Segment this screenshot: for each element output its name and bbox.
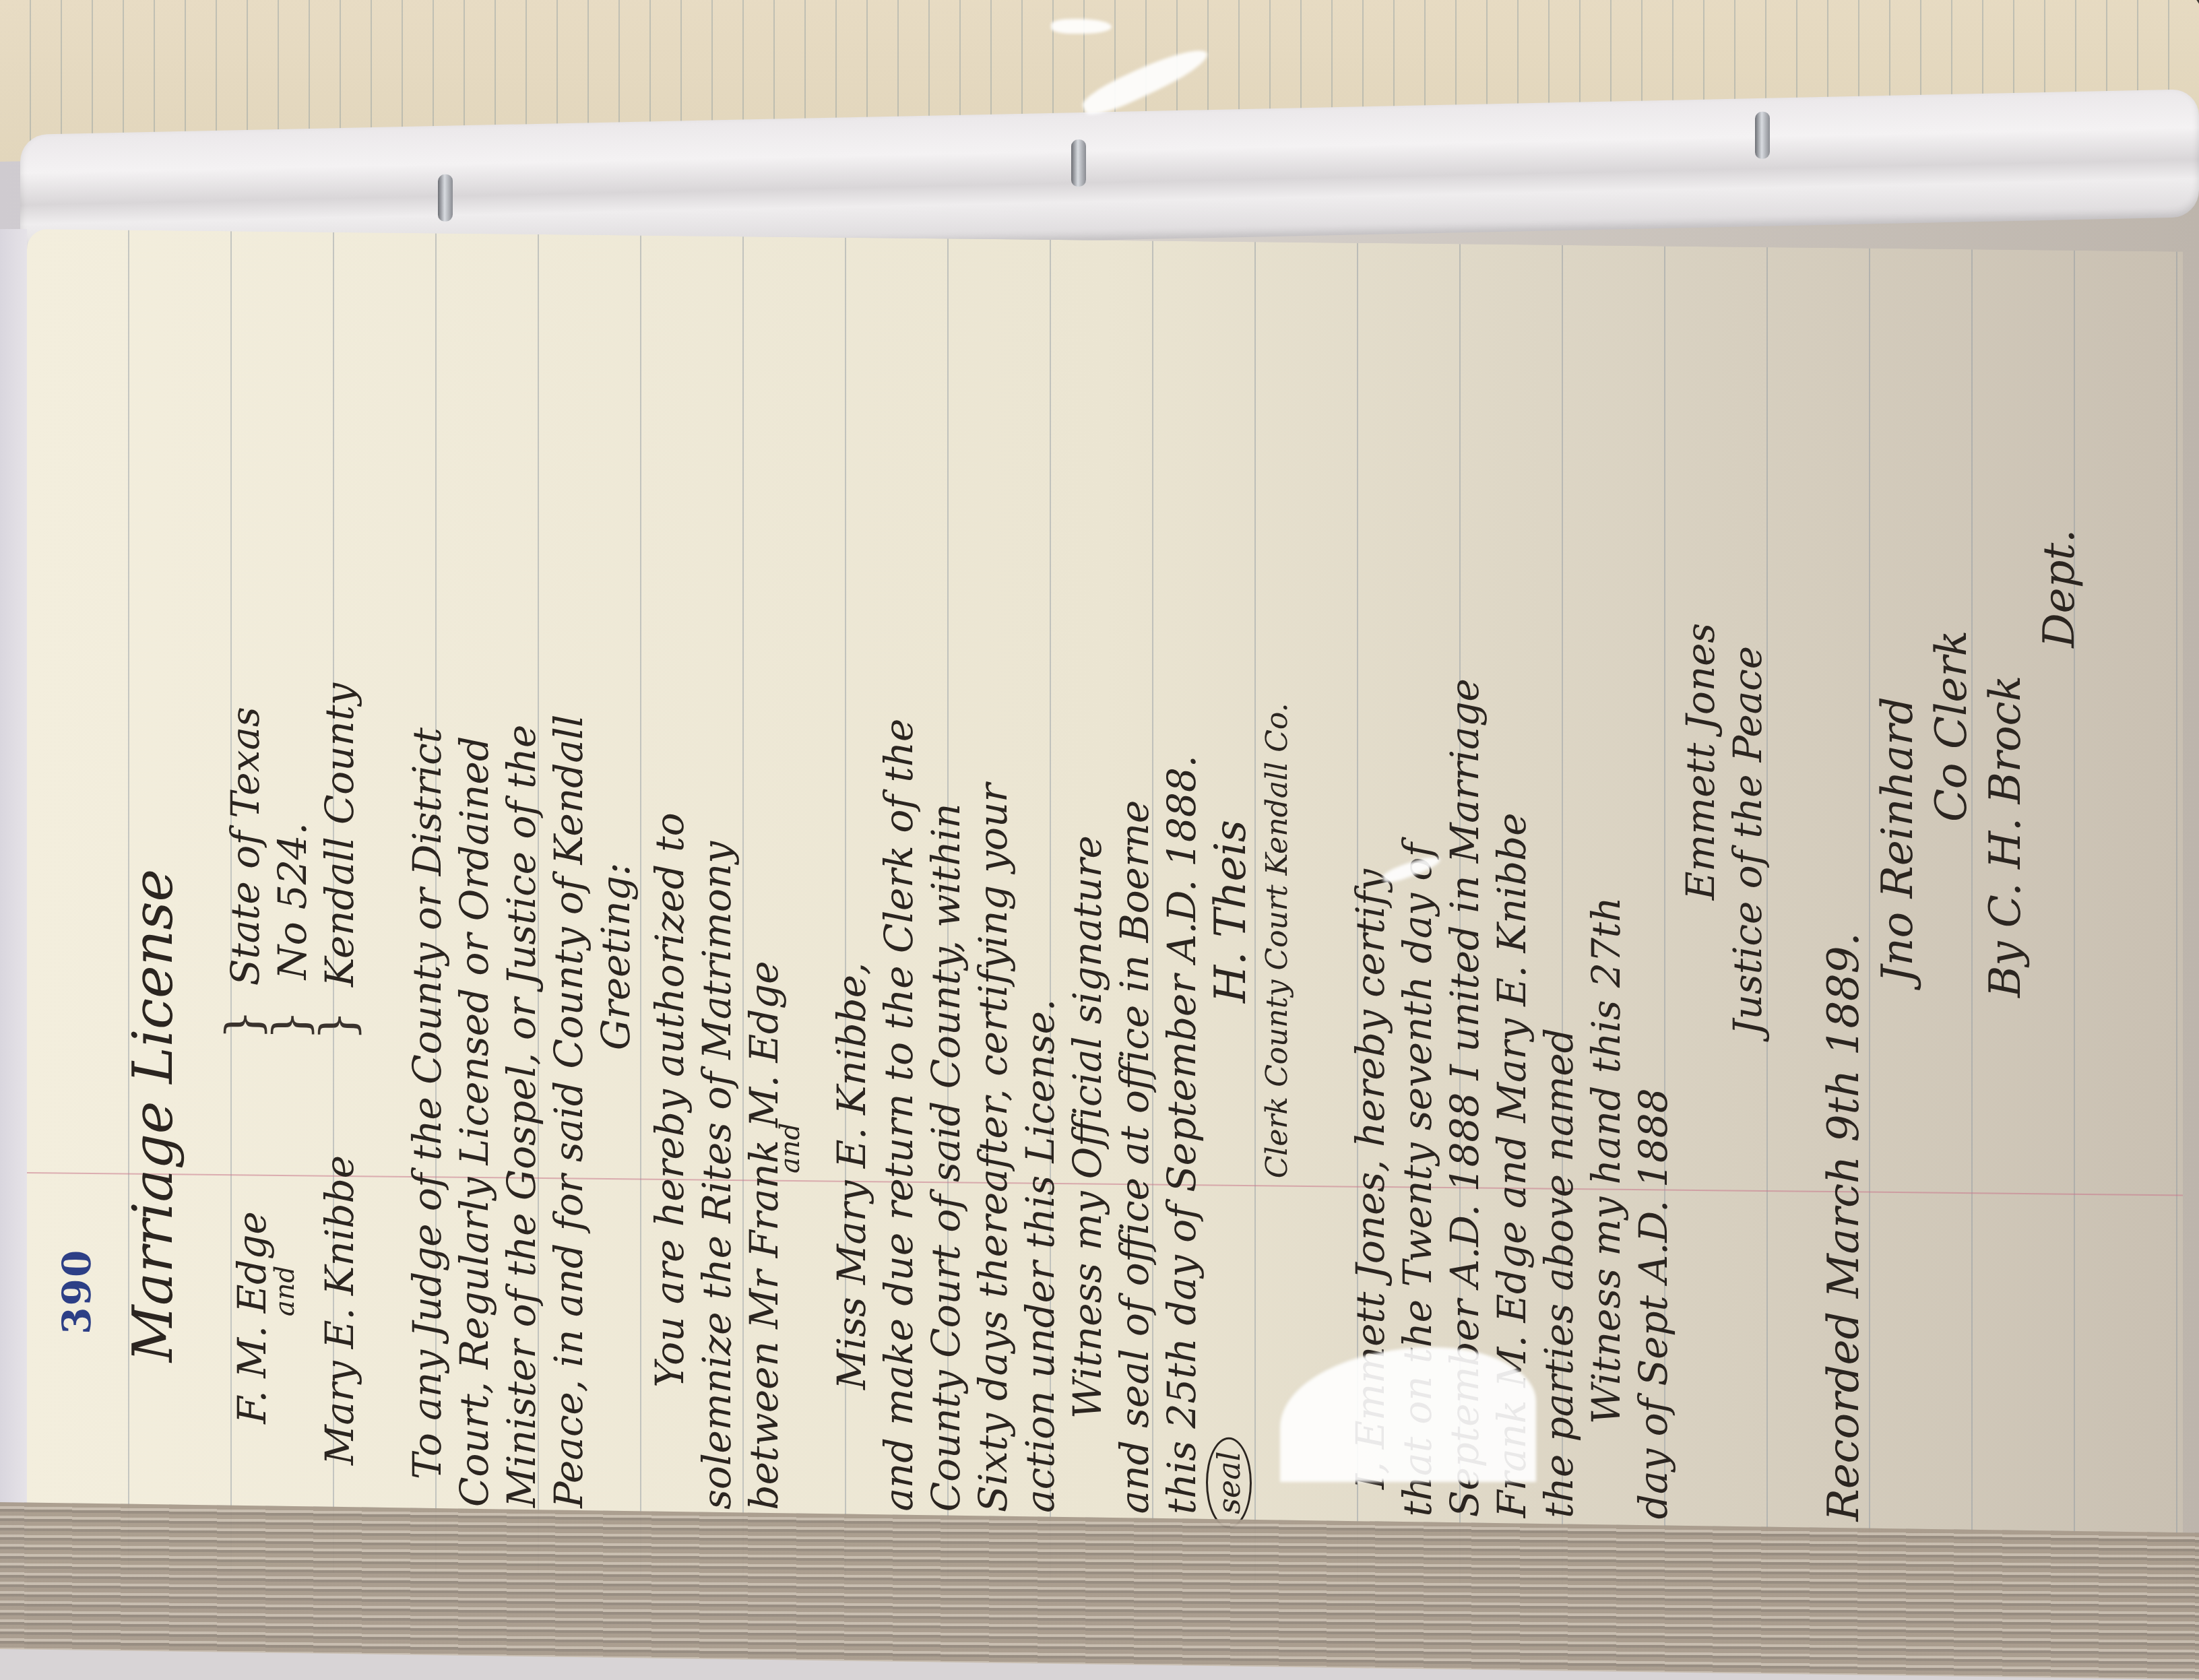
recorder-name: Jno Reinhard bbox=[1873, 697, 1923, 983]
deputy-title: Dept. bbox=[2035, 529, 2084, 648]
license-line-7: solemnize the Rites of Matrimony bbox=[694, 841, 740, 1510]
county-line: Kendall County bbox=[317, 683, 362, 987]
groom-name: F. M. Edge bbox=[229, 1211, 275, 1424]
license-line-14: action under this License. bbox=[1017, 998, 1063, 1513]
header-and: and bbox=[269, 1266, 300, 1317]
recorded-line: Recorded March 9th 1889. bbox=[1819, 932, 1869, 1522]
handwritten-record: Marriage License F. M. Edge and Mary E. … bbox=[27, 229, 2183, 1592]
license-line-16: and seal of office at office in Boerne bbox=[1112, 800, 1157, 1514]
page-left-edge bbox=[0, 229, 27, 1649]
certificate-line-6: Witness my hand this 27th bbox=[1583, 897, 1629, 1425]
ledger-page: 390 Marriage License F. M. Edge and Mary… bbox=[27, 229, 2183, 1592]
binder-post-right bbox=[1755, 112, 1770, 159]
license-line-13: Sixty days thereafter, certifying your bbox=[970, 783, 1016, 1513]
seal-mark: seal bbox=[1206, 1437, 1252, 1528]
deputy-line: By C. H. Brock bbox=[1981, 675, 2031, 998]
brace-3: } bbox=[310, 1010, 365, 1041]
license-line-4: Peace, in and for said County of Kendall bbox=[546, 715, 592, 1508]
clerk-title: Clerk County Court Kendall Co. bbox=[1260, 703, 1294, 1179]
license-line-1: To any Judge of the County or District bbox=[404, 728, 450, 1480]
facing-page-number: 129 bbox=[2192, 0, 2199, 8]
license-line-17: this 25th day of September A.D. 1888. bbox=[1159, 754, 1205, 1514]
state-line: State of Texas bbox=[222, 707, 268, 986]
license-line-10: Miss Mary E. Knibbe, bbox=[829, 962, 874, 1390]
officiant-signature: Emmett Jones bbox=[1678, 622, 1723, 900]
license-line-6: You are hereby authorized to bbox=[647, 812, 693, 1388]
sleeve-glare bbox=[1051, 19, 1112, 34]
license-number: No 524. bbox=[269, 822, 315, 980]
license-line-3: Minister of the Gospel, or Justice of th… bbox=[499, 724, 544, 1508]
license-line-8: between Mr Frank M. Edge bbox=[741, 961, 787, 1510]
license-line-11: and make due return to the Clerk of the bbox=[876, 718, 922, 1512]
license-and: and bbox=[775, 1122, 806, 1173]
binder-post-left bbox=[438, 174, 453, 222]
license-line-12: County Court of said County, within bbox=[923, 803, 969, 1512]
bride-name: Mary E. Knibbe bbox=[317, 1155, 362, 1466]
recorder-title: Co Clerk bbox=[1927, 630, 1977, 822]
license-line-2: Court, Regularly Licensed or Ordained bbox=[451, 736, 497, 1508]
photo-scene: 129 390 Marriage License F. M. Edge and … bbox=[0, 0, 2199, 1649]
binder-post-middle bbox=[1071, 139, 1086, 187]
clerk-signature: H. Theis bbox=[1206, 820, 1256, 1003]
license-line-15: Witness my Official signature bbox=[1064, 835, 1110, 1419]
record-title: Marriage License bbox=[121, 868, 185, 1362]
certificate-line-7: day of Sept A.D. 1888 bbox=[1630, 1088, 1676, 1520]
officiant-title: Justice of the Peace bbox=[1725, 646, 1771, 1036]
license-greeting: Greeting: bbox=[593, 862, 639, 1050]
certificate-line-5: the parties above named bbox=[1536, 1028, 1582, 1518]
